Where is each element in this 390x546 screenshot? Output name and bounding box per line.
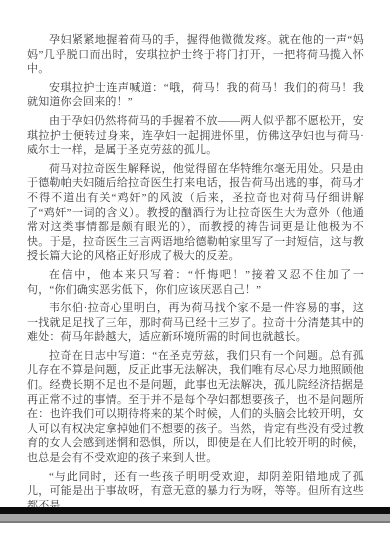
paragraph-1: 孕妇紧紧地握着荷马的手，握得他微微发疼。就在他的一声“妈妈”几乎脱口而出时，安琪… — [27, 33, 364, 77]
paragraph-6: 韦尔伯·拉奇心里明白，再为荷马找个家不是一件容易的事，这一找就足足找了三年，那时… — [27, 301, 364, 345]
paragraph-5: 在信中，他本来只写着：“忏悔吧！”接着又忍不住加了一句，“你们确实恶劣低下，你们… — [27, 268, 364, 297]
page-bottom-edge-thin-line — [0, 521, 390, 523]
page-bottom-edge-gray-bar — [0, 514, 390, 521]
paragraph-7: 拉奇在日志中写道：“在圣克劳兹，我们只有一个问题。总有孤儿存在不算是问题，反正此… — [27, 349, 364, 466]
paragraph-2: 安琪拉护士连声喊道：“哦，荷马！我的荷马！我们的荷马！我就知道你会回来的！” — [27, 81, 364, 110]
paragraph-3: 由于孕妇仍然将荷马的手握着不放——两人似乎都不愿松开，安琪拉护士便转过身来，连孕… — [27, 114, 364, 158]
page-text: 孕妇紧紧地握着荷马的手，握得他微微发疼。就在他的一声“妈妈”几乎脱口而出时，安琪… — [27, 33, 364, 517]
page-bottom-edge-black-bar — [0, 507, 390, 514]
paragraph-4: 荷马对拉奇医生解释说，他觉得留在华特维尔毫无用处。只是由于德勒帕夫妇随后给拉奇医… — [27, 162, 364, 264]
book-page: 孕妇紧紧地握着荷马的手，握得他微微发疼。就在他的一声“妈妈”几乎脱口而出时，安琪… — [0, 0, 390, 546]
